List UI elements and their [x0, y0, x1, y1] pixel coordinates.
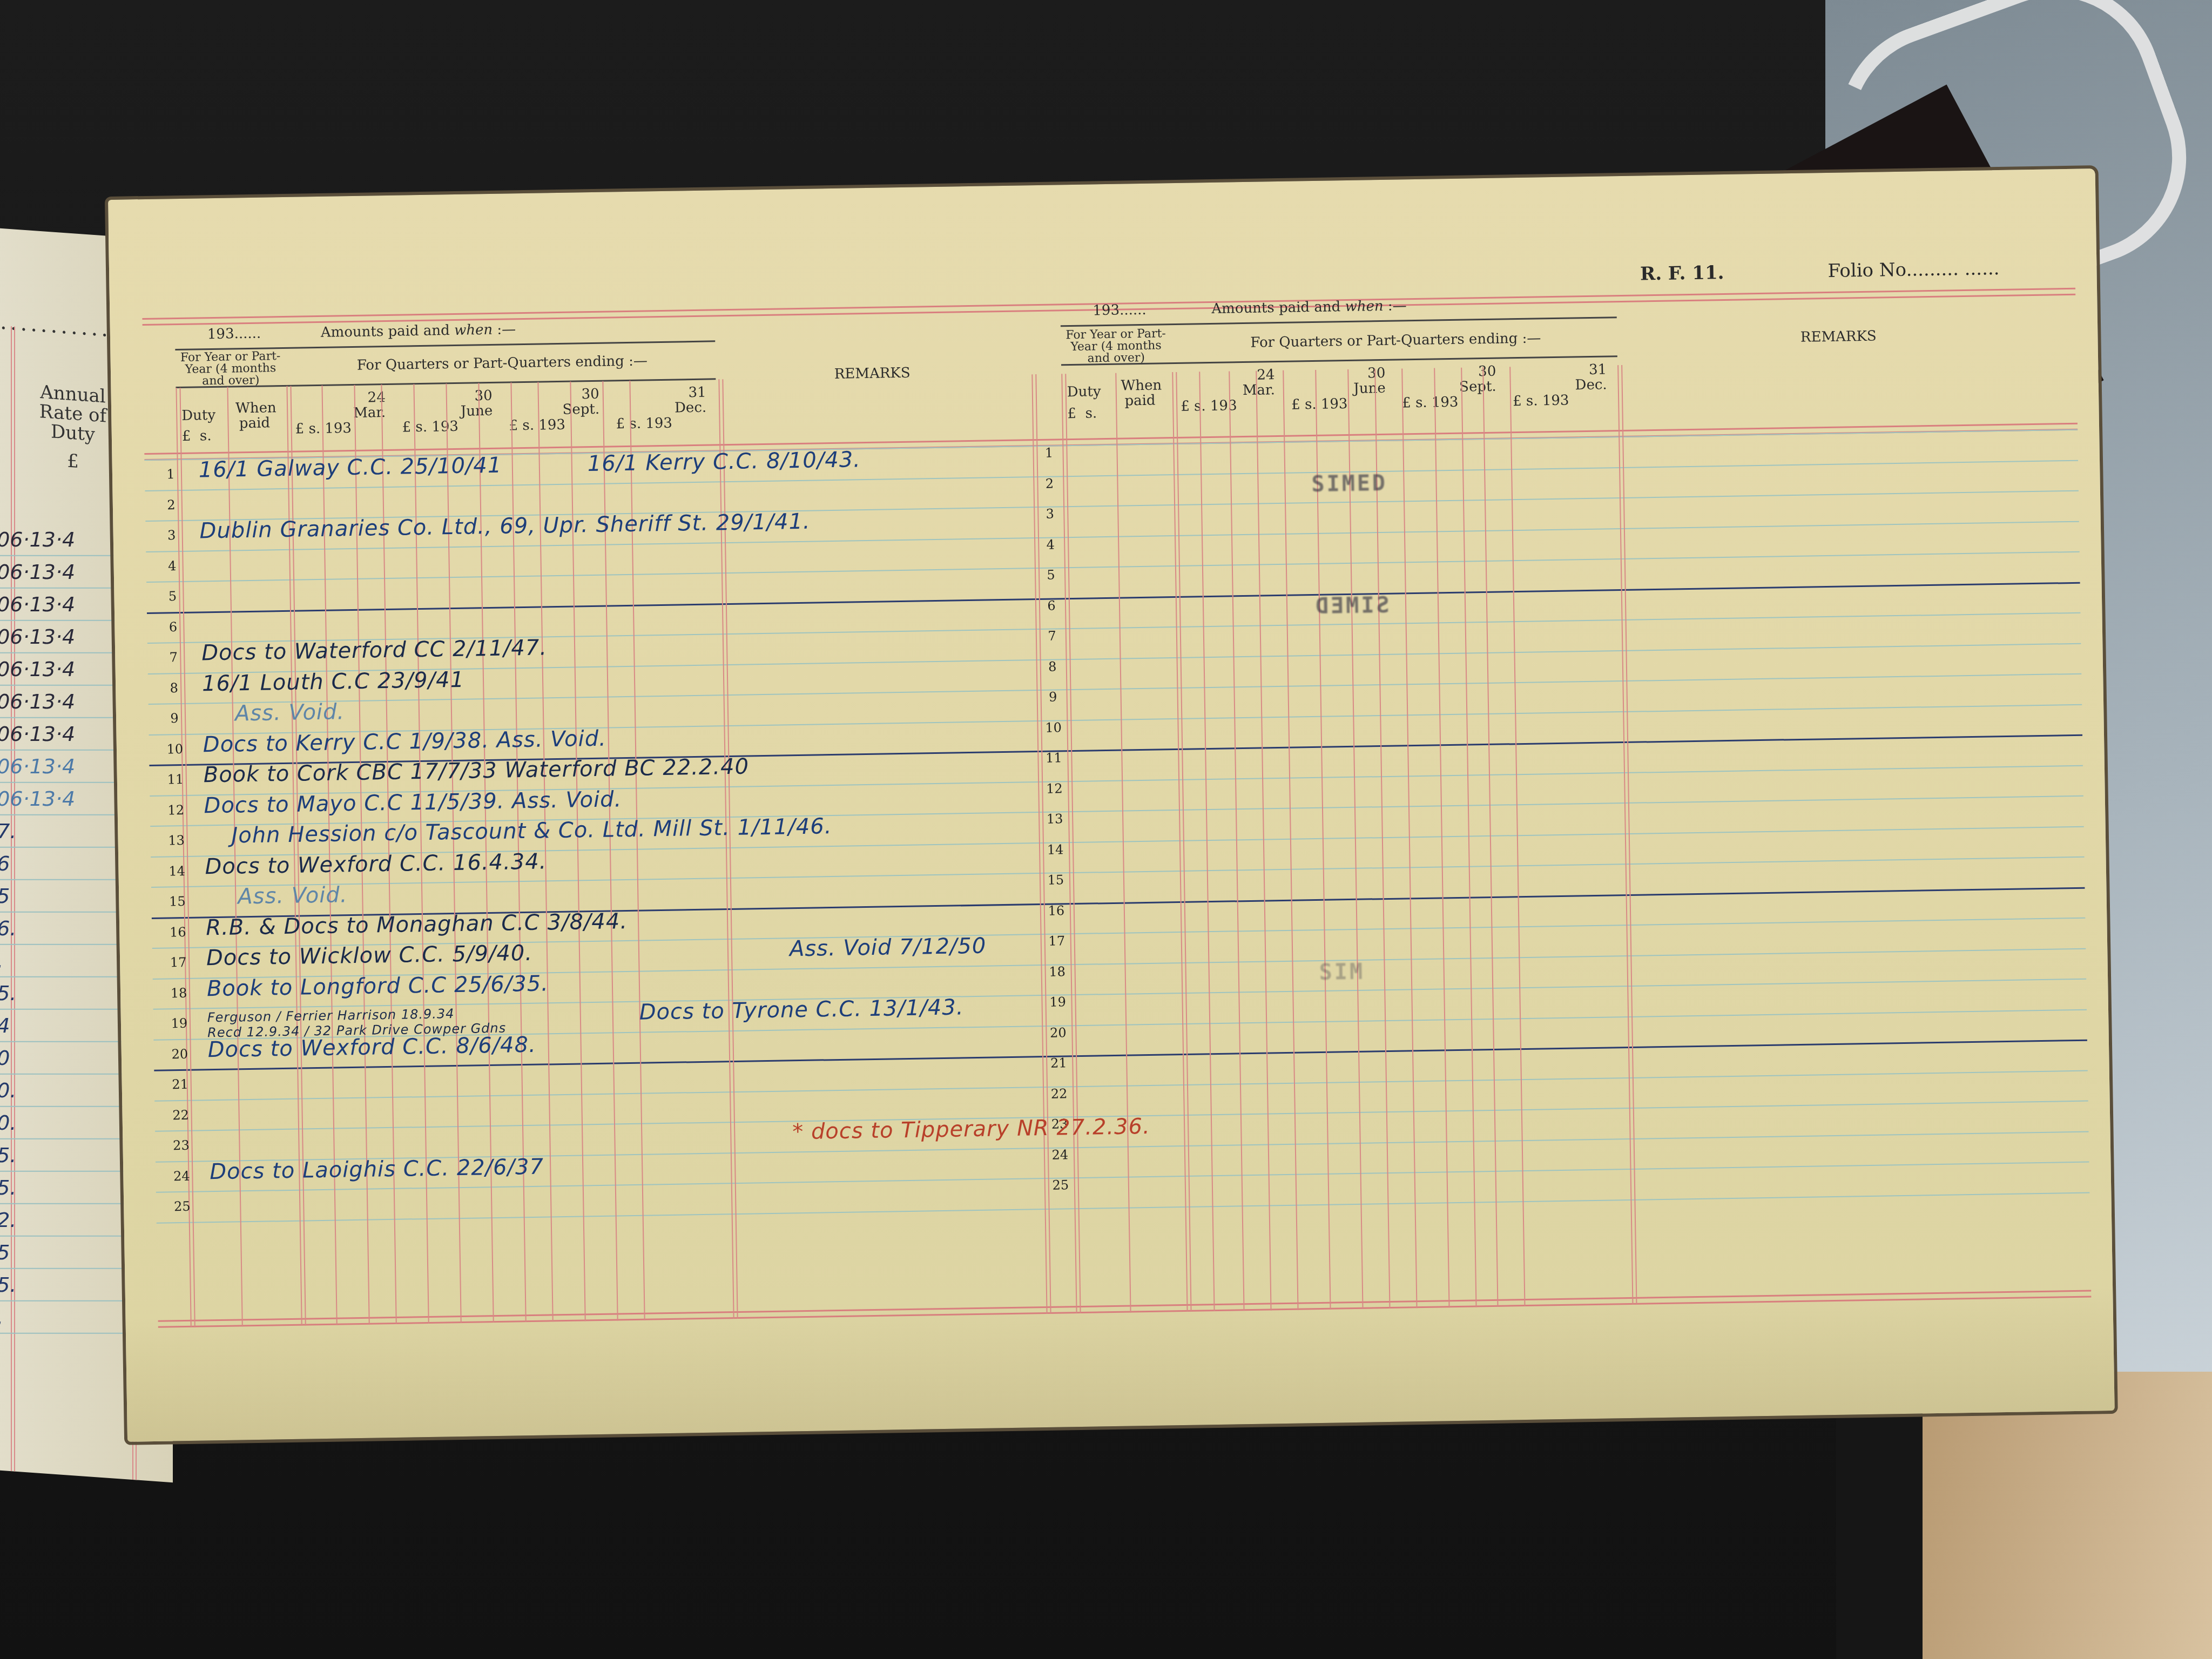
- row-number-right: 5: [1040, 567, 1062, 583]
- row-number-right: 12: [1043, 781, 1065, 797]
- column-rule: [1401, 368, 1417, 1308]
- annual-rate-value: 17.: [0, 815, 130, 848]
- handwritten-entry: Book to Cork CBC 17/7/33 Waterford BC 22…: [203, 754, 749, 787]
- annual-rate-value: 106·13·4: [0, 653, 130, 686]
- left-page-dots: ...........: [0, 309, 111, 342]
- annual-rate-value: 30.: [0, 1075, 130, 1107]
- form-code: R. F. 11.: [1640, 262, 1724, 285]
- row-number-right: 6: [1041, 598, 1062, 613]
- handwritten-entry: Ass. Void.: [238, 882, 348, 909]
- handwritten-entry: R.B. & Docs to Monaghan C.C 3/8/44.: [206, 909, 628, 940]
- column-rule: [1617, 365, 1637, 1305]
- row-number-right: 4: [1040, 537, 1061, 552]
- handwritten-entry: John Hession c/o Tascount & Co. Ltd. Mil…: [231, 814, 832, 848]
- quarter-header-sept: 30Sept.£ s. 193: [503, 387, 605, 434]
- when-paid-label-right: When paid: [1121, 377, 1159, 408]
- folio-number-field: Folio No......... ......: [1827, 258, 1999, 282]
- row-number-left: 7: [163, 650, 184, 665]
- annual-rate-value: 16: [0, 848, 130, 880]
- row-rule: [147, 582, 2080, 613]
- ink-stamp: SIMED: [1313, 592, 1390, 618]
- row-number-right: 15: [1045, 872, 1067, 888]
- handwritten-entry: Docs to Wicklow C.C. 5/9/40.: [206, 941, 533, 970]
- handwritten-entry: 16/1 Louth C.C 23/9/41: [202, 667, 465, 696]
- handwritten-entry: Ass. Void.: [235, 699, 345, 726]
- row-rule: [146, 551, 2080, 583]
- quarters-label-right: For Quarters or Part-Quarters ending :—: [1174, 329, 1617, 352]
- quarter-header-mar: 24Mar.£ s. 193: [289, 390, 392, 437]
- remarks-header-right: REMARKS: [1633, 326, 2044, 348]
- annual-rate-value: 3.: [0, 945, 130, 977]
- column-rule: [1347, 369, 1363, 1309]
- handwritten-entry: Docs to Waterford CC 2/11/47.: [201, 635, 548, 665]
- annual-rate-value: 15: [0, 1237, 130, 1269]
- quarter-header-sept: 30Sept.£ s. 193: [1396, 364, 1502, 411]
- remarks-header-left: REMARKS: [721, 363, 1023, 383]
- row-number-right: 10: [1042, 720, 1064, 736]
- annual-rate-header: Annual Rate of Duty £: [22, 381, 124, 475]
- year-part-label-right: For Year or Part-Year (4 months and over…: [1062, 328, 1170, 365]
- column-rule: [1172, 372, 1191, 1312]
- year-label-right: 193......: [1092, 302, 1147, 319]
- ink-stamp: SIM: [1319, 959, 1365, 984]
- annual-rate-value: 14: [0, 1010, 130, 1042]
- row-rule: [154, 1070, 2088, 1101]
- duty-label-right: Duty: [1067, 384, 1101, 400]
- row-number-left: 15: [166, 894, 188, 909]
- row-number-right: 24: [1049, 1147, 1071, 1163]
- column-rule: [1461, 368, 1476, 1307]
- quarters-label: For Quarters or Part-Quarters ending :—: [289, 352, 716, 374]
- row-number-left: 9: [164, 711, 185, 726]
- quarter-header-mar: 24Mar.£ s. 193: [1175, 367, 1280, 414]
- handwritten-entry: Book to Longford C.C 25/6/35.: [207, 971, 549, 1001]
- year-label: 193......: [207, 326, 261, 342]
- annual-rate-value: 10: [0, 1042, 130, 1075]
- annual-rate-value: 106·13·4: [0, 524, 130, 556]
- row-number-right: 19: [1047, 994, 1068, 1010]
- column-rule: [1509, 367, 1525, 1306]
- annual-rate-value: 106·13·4: [0, 783, 130, 815]
- row-number-left: 16: [167, 924, 188, 940]
- row-number-right: 17: [1046, 933, 1068, 949]
- row-number-left: 23: [170, 1138, 192, 1154]
- pound-label-right: £ s.: [1067, 406, 1097, 421]
- row-number-right: 25: [1050, 1177, 1071, 1193]
- annual-rate-value: 9.: [0, 1301, 130, 1334]
- row-number-right: 7: [1041, 628, 1063, 644]
- row-number-right: 13: [1044, 811, 1065, 827]
- handwritten-entry: Docs to Laoighis C.C. 22/6/37: [210, 1154, 544, 1184]
- row-number-left: 17: [167, 955, 189, 970]
- annual-rate-value: 106·13·4: [0, 621, 130, 653]
- quarter-header-dec: 31Dec.£ s. 193: [1507, 362, 1613, 409]
- annual-rate-value: 15.: [0, 1172, 130, 1204]
- row-number-right: 18: [1046, 964, 1068, 980]
- handwritten-entry: Docs to Kerry C.C 1/9/38. Ass. Void.: [203, 726, 607, 757]
- amounts-paid-label-right: Amounts paid and when :—: [1211, 298, 1407, 316]
- handwritten-entry: 16/1 Galway C.C. 25/10/41: [199, 453, 502, 483]
- row-number-right: 14: [1044, 842, 1066, 858]
- annual-rate-value: 106·13·4: [0, 751, 130, 783]
- row-number-right: 11: [1043, 750, 1064, 766]
- ledger-page: R. F. 11. Folio No......... ...... 193..…: [108, 168, 2115, 1442]
- annual-rate-value: 15.: [0, 977, 130, 1010]
- handwritten-entry: * docs to Tipperary NR 27.2.36.: [792, 1114, 1150, 1144]
- annual-rate-value: 15.: [0, 1139, 130, 1172]
- row-number-left: 12: [165, 802, 187, 818]
- row-number-left: 25: [171, 1199, 193, 1215]
- annual-rate-list: 106·13·4106·13·4106·13·4106·13·4106·13·4…: [0, 518, 130, 1339]
- when-paid-label: When paid: [235, 400, 274, 431]
- row-number-left: 18: [168, 985, 190, 1001]
- row-number-left: 24: [171, 1168, 192, 1184]
- annual-rate-value: 12.: [0, 1204, 130, 1237]
- row-number-left: 13: [165, 833, 187, 848]
- row-rule: [157, 1192, 2090, 1223]
- row-number-left: 22: [170, 1107, 191, 1123]
- annual-rate-value: 15.: [0, 1269, 130, 1301]
- row-number-left: 2: [160, 497, 182, 512]
- column-rule: [1229, 371, 1244, 1311]
- annual-rate-value: 10.: [0, 1107, 130, 1139]
- handwritten-entry: Docs to Mayo C.C 11/5/39. Ass. Void.: [204, 787, 622, 818]
- row-number-left: 20: [169, 1046, 191, 1062]
- wood-surface: [1923, 1372, 2212, 1659]
- annual-rate-value: 15: [0, 880, 130, 913]
- row-number-right: 8: [1042, 659, 1063, 675]
- row-number-right: 1: [1038, 445, 1060, 461]
- row-number-right: 22: [1048, 1086, 1070, 1102]
- annual-rate-value: 106·13·4: [0, 556, 130, 589]
- row-number-left: 10: [164, 741, 186, 757]
- column-rule: [1315, 370, 1331, 1310]
- row-number-left: 14: [166, 863, 187, 879]
- annual-rate-value: 16.: [0, 913, 130, 945]
- row-number-left: 8: [163, 680, 185, 696]
- row-number-right: 16: [1046, 903, 1067, 919]
- column-rule: [1434, 368, 1449, 1307]
- handwritten-entry: Ass. Void 7/12/50: [790, 934, 987, 962]
- row-number-left: 3: [161, 528, 183, 543]
- amounts-paid-label: Amounts paid and when :—: [321, 322, 516, 340]
- row-number-left: 11: [165, 772, 186, 787]
- column-rule: [1283, 370, 1298, 1310]
- annual-rate-value: 106·13·4: [0, 686, 130, 718]
- row-number-left: 1: [160, 467, 181, 482]
- ink-stamp: SIMED: [1311, 470, 1387, 496]
- row-number-right: 2: [1038, 476, 1060, 491]
- ledger-grid: 193...... Amounts paid and when :— For Y…: [142, 288, 2091, 1328]
- row-number-left: 6: [162, 619, 184, 635]
- duty-label: Duty: [181, 408, 215, 423]
- row-number-right: 20: [1047, 1025, 1069, 1041]
- annual-rate-value: 106·13·4: [0, 589, 130, 621]
- handwritten-entry: Docs to Tyrone C.C. 13/1/43.: [639, 995, 963, 1024]
- quarter-header-dec: 31Dec.£ s. 193: [610, 385, 712, 431]
- column-rule: [1115, 373, 1131, 1313]
- column-rule: [1482, 367, 1498, 1307]
- row-number-right: 9: [1042, 689, 1063, 705]
- row-number-left: 4: [161, 558, 183, 574]
- handwritten-entry: Docs to Wexford C.C. 16.4.34.: [205, 849, 547, 879]
- column-rule: [1374, 369, 1390, 1309]
- handwritten-entry: Docs to Wexford C.C. 8/6/48.: [207, 1032, 536, 1062]
- year-part-label: For Year or Part-Year (4 months and over…: [176, 350, 285, 388]
- row-number-right: 3: [1039, 506, 1061, 522]
- row-number-right: 21: [1048, 1055, 1069, 1071]
- row-number-left: 21: [170, 1077, 191, 1092]
- annual-rate-value: 106·13·4: [0, 718, 130, 751]
- footer-rule: [158, 1290, 2092, 1328]
- pound-label: £ s.: [182, 428, 212, 444]
- column-rule: [1256, 371, 1271, 1311]
- row-number-left: 5: [161, 589, 183, 604]
- handwritten-entry: 16/1 Kerry C.C. 8/10/43.: [587, 447, 861, 476]
- row-number-left: 19: [168, 1016, 190, 1031]
- column-rule: [1199, 372, 1215, 1311]
